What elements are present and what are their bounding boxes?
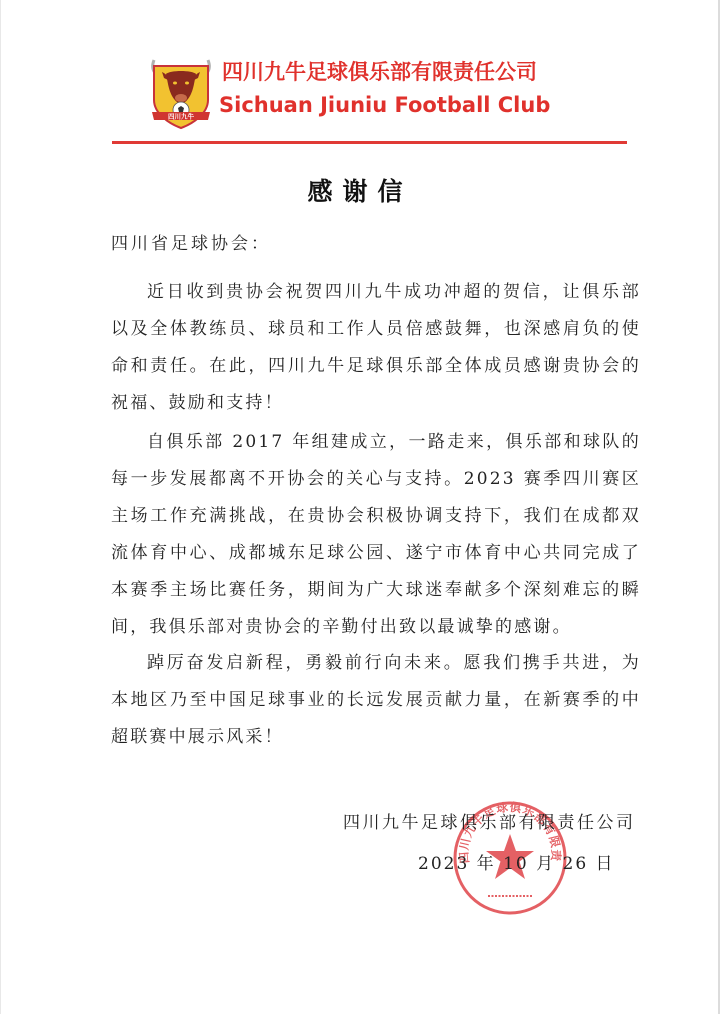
- signature-organization: 四川九牛足球俱乐部有限责任公司: [343, 808, 636, 833]
- letter-title: 感谢信: [0, 172, 720, 208]
- paragraph-2: 自俱乐部 2017 年组建成立，一路走来，俱乐部和球队的每一步发展都离不开协会的…: [111, 424, 641, 646]
- org-name-en: Sichuan Jiuniu Football Club: [219, 93, 550, 117]
- signature-date: 2023 年 10 月 26 日: [418, 849, 615, 874]
- svg-text:四川九牛: 四川九牛: [168, 112, 195, 121]
- header-divider: [112, 141, 627, 144]
- salutation: 四川省足球协会：: [111, 229, 271, 254]
- page-edge-left: [0, 0, 1, 1014]
- org-name-cn: 四川九牛足球俱乐部有限责任公司: [222, 56, 537, 86]
- letterhead: 四川九牛 四川九牛足球俱乐部有限责任公司 Sichuan Jiuniu Foot…: [148, 50, 628, 132]
- paragraph-3: 踔厉奋发启新程，勇毅前行向未来。愿我们携手共进，为本地区乃至中国足球事业的长远发…: [111, 645, 641, 756]
- club-logo-icon: 四川九牛: [148, 50, 214, 130]
- paragraph-1: 近日收到贵协会祝贺四川九牛成功冲超的贺信，让俱乐部以及全体教练员、球员和工作人员…: [111, 274, 641, 422]
